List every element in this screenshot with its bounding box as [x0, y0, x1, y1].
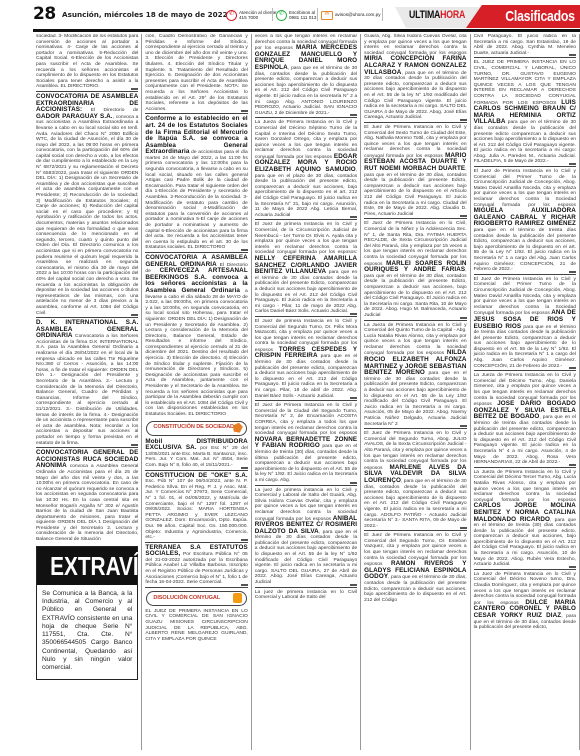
notice: D. K. INTERNATIONAL S.A. ASAMBLEA GENERA…: [36, 320, 138, 448]
notice: veces a los que tengan interés en reclam…: [255, 34, 357, 118]
notice: Mobil DISTRIBUIDORA EXCLUSIVA SA. por Es…: [145, 439, 247, 471]
page-header: 28 Asunción, miércoles 18 de mayo de 202…: [0, 0, 580, 27]
notice: EL JUEZ DE PRIMERA INSTANCIA EN LO CIVIL…: [145, 609, 247, 643]
notice: TERRANEA S.A ESTATUTOS SOCIALES, Por Esc…: [145, 545, 247, 588]
notice: ción, Cuadro Demostrativo de Ganancias y…: [145, 34, 247, 114]
column-4: Guairá, Abg. Silvia Isidora Cuevas Ovela…: [361, 34, 470, 750]
notice: La juez de primera instancia en lo Civil…: [255, 590, 357, 601]
whatsapp-icon: ✆: [276, 10, 287, 21]
notice: El Juez de Primera Instancia en lo Civil…: [255, 403, 357, 485]
extravio-body: Se Comunica a la Banca, a la Industria, …: [37, 585, 137, 679]
page-number: 28: [33, 4, 56, 24]
notice: La Jueza de Primera Instancia en lo Civi…: [474, 470, 576, 570]
notice: El Juez de Primera Instancia en lo Civil…: [364, 221, 466, 320]
divider: [382, 8, 383, 21]
notice: Guairá, Abg. Silvia Isidora Cuevas Ovela…: [364, 34, 466, 123]
notice: El Juez de primera Instancia en lo Civil…: [255, 319, 357, 401]
column-2: ción, Cuadro Demostrativo de Ganancias y…: [142, 34, 251, 750]
email-link[interactable]: avisos@uhora.com.py: [335, 12, 381, 18]
notice: CONSTITUCION DE "OKE" S.A. Esc. Púb N° 1…: [145, 473, 247, 543]
column-1: sociedad. 3- Modificación de los estatut…: [33, 34, 142, 750]
section-title: Clasificados: [466, 5, 580, 28]
email-contact: ✉ avisos@uhora.com.py: [321, 6, 381, 24]
divider: [272, 8, 273, 21]
classifieds-columns: sociedad. 3- Modificación de los estatut…: [33, 34, 580, 750]
header-rule: [33, 29, 580, 32]
whatsapp-contact: ✆ Escribinos al0981 111 013: [276, 6, 316, 24]
column-3: veces a los que tengan interés en reclam…: [252, 34, 361, 750]
notice: EL JUEZ DE PRIMERA INSTANCIA EN LO CIVIL…: [474, 60, 576, 167]
handshake-icon: [233, 423, 243, 433]
mail-icon: ✉: [321, 11, 333, 20]
notice: Civil Paraguayo. El juicio radica en la …: [474, 34, 576, 58]
page-date: Asunción, miércoles 18 de mayo de 2022: [62, 10, 228, 19]
notice: La Jueza de Primera Instancia en lo Civi…: [255, 120, 357, 220]
notice: La juez de primera instancia en lo Civil…: [255, 488, 357, 588]
notice: El Juez de Primera Instancia en lo Civil…: [364, 125, 466, 220]
constitucion-sociedad-badge: CONSTITUCIÓN DE SOCIEDAD: [146, 421, 246, 436]
notice: El Juez de Primera Instancia en lo Civil…: [474, 169, 576, 275]
notice: La Jueza de Primera Instancia en lo Civi…: [474, 373, 576, 468]
customer-service-contact: ✆ Atención al cliente:415 7000: [226, 6, 278, 24]
brand-logo: ULTIMAHORA: [409, 9, 465, 21]
phone-icon: ✆: [226, 10, 237, 21]
column-5: Civil Paraguayo. El juicio radica en la …: [471, 34, 580, 750]
notice: La Jueza de Primera Instancia en lo Civi…: [364, 323, 466, 430]
notice: La Juez de Primera Instancia en lo Civil…: [474, 572, 576, 631]
notice: El Juez de Primera Instancia en lo Civil…: [474, 277, 576, 372]
disolucion-conyugal-badge: DISOLUCIÓN CONYUGAL: [146, 591, 246, 606]
notice: El Juez de Primera Instancia en lo Civil…: [364, 533, 466, 603]
divider: [317, 8, 318, 21]
notice: El Juez de primera Instancia en lo Civil…: [255, 222, 357, 317]
extravio-notice: EXTRAVÍO Se Comunica a la Banca, a la In…: [36, 546, 138, 680]
notice: CONVOCATORIA A ASAMBLEA GENERAL ORDINARI…: [145, 255, 247, 418]
notice: CONVOCATORIA GENERAL DE ACCIONISTAS RUCA…: [36, 450, 138, 543]
notice: El Juez de Primera Instancia en lo Civil…: [364, 431, 466, 531]
document-icon: [233, 593, 242, 603]
extravio-title: EXTRAVÍO: [37, 547, 137, 585]
notice: Conforme a lo establecido en el art. 24 …: [145, 116, 247, 253]
notice: CONVOCATORIA DE ASAMBLEA EXTRAORDINARIA …: [36, 94, 138, 318]
notice: sociedad. 3- Modificación de los estatut…: [36, 34, 138, 92]
